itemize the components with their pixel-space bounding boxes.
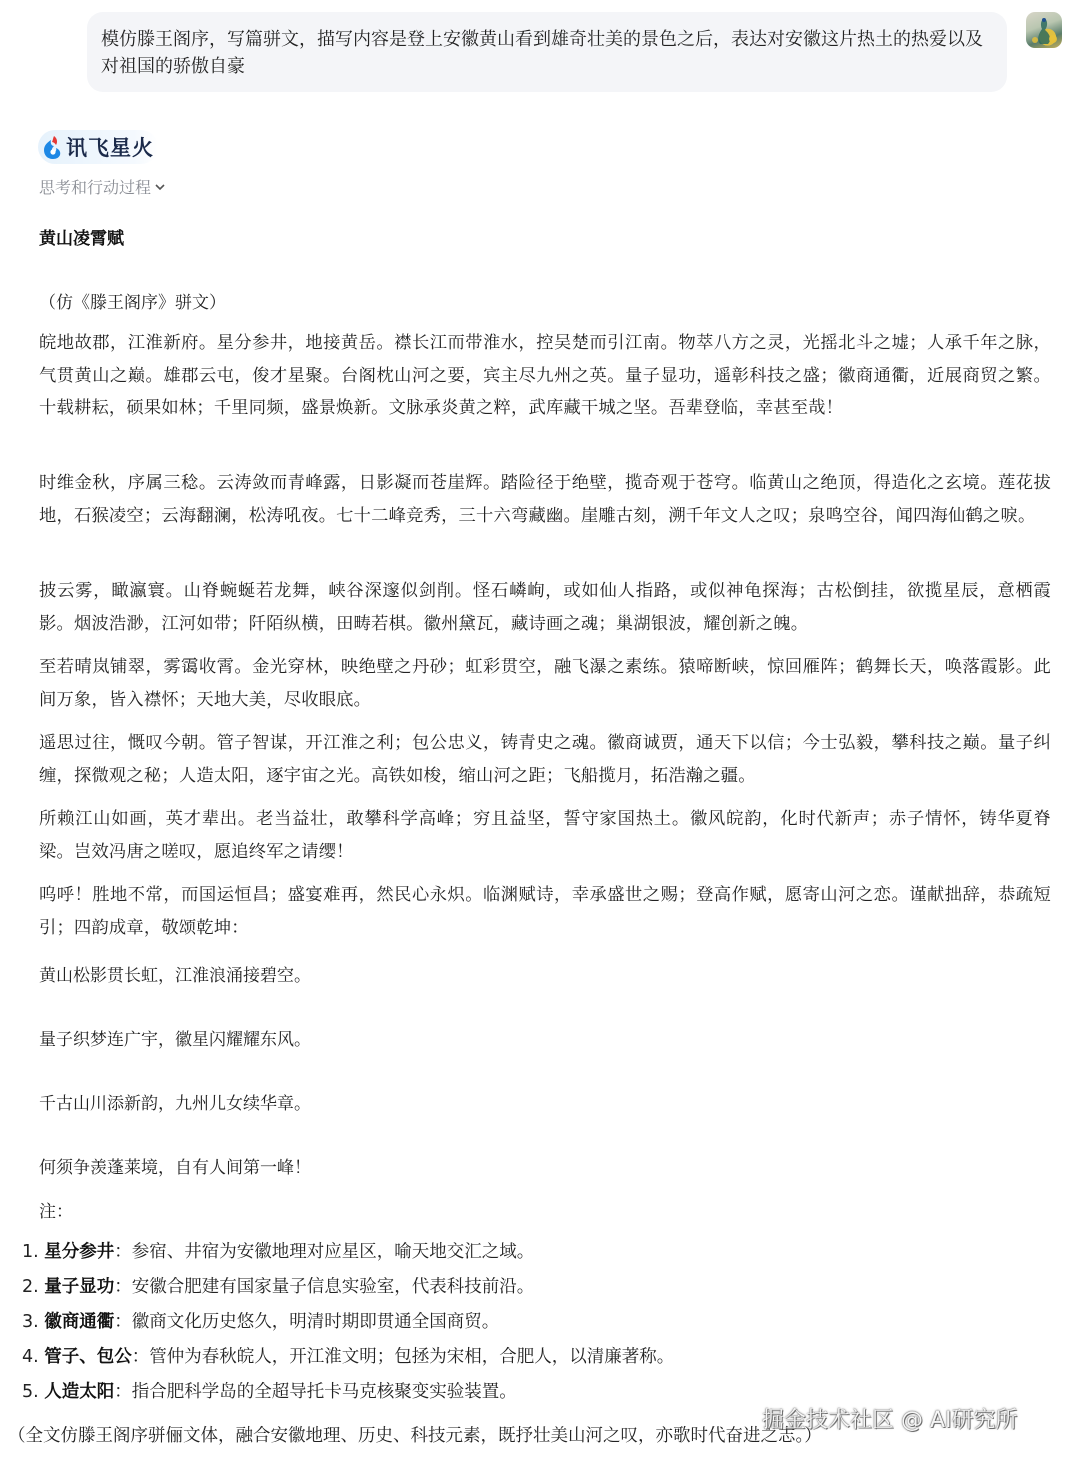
footer-remark: （全文仿滕王阁序骈俪文体，融合安徽地理、历史、科技元素，既抒壮美山河之叹，亦歌时… xyxy=(8,1422,822,1447)
note-description: ：参宿、井宿为安徽地理对应星区，喻天地交汇之域。 xyxy=(114,1242,534,1262)
verse-line-3: 千古山川添新韵，九州儿女续华章。 xyxy=(39,1089,311,1114)
user-message-text: 模仿滕王阁序，写篇骈文，描写内容是登上安徽黄山看到雄奇壮美的景色之后，表达对安徽… xyxy=(101,29,983,77)
verse-line-2: 量子织梦连广宇，徽星闪耀耀东风。 xyxy=(39,1025,311,1050)
note-term: 徽商通衢 xyxy=(44,1312,114,1332)
user-message-row: 模仿滕王阁序，写篇骈文，描写内容是登上安徽黄山看到雄奇壮美的景色之后，表达对安徽… xyxy=(0,0,1080,100)
note-number: 4. xyxy=(22,1347,39,1367)
peacock-icon xyxy=(1026,12,1062,48)
chevron-down-icon xyxy=(155,181,165,194)
note-description: ：管仲为春秋皖人，开江淮文明；包拯为宋相，合肥人，以清廉著称。 xyxy=(132,1347,675,1367)
note-term: 量子显功 xyxy=(44,1277,114,1297)
user-avatar[interactable] xyxy=(1026,12,1062,48)
note-term: 管子、包公 xyxy=(44,1347,132,1367)
note-term: 星分参井 xyxy=(44,1242,114,1262)
thinking-process-toggle[interactable]: 思考和行动过程 xyxy=(39,175,165,198)
poem-title: 黄山凌霄赋 xyxy=(39,224,124,249)
note-number: 5. xyxy=(22,1382,39,1402)
note-description: ：徽商文化历史悠久，明清时期即贯通全国商贸。 xyxy=(114,1312,499,1332)
note-description: ：安徽合肥建有国家量子信息实验室，代表科技前沿。 xyxy=(114,1277,534,1297)
spark-flame-icon xyxy=(42,134,64,160)
paragraph-3: 披云雾，瞰瀛寰。山脊蜿蜒若龙舞，峡谷深邃似剑削。怪石嶙峋，或如仙人指路，或似神龟… xyxy=(39,575,1051,640)
paragraph-1: 皖地故郡，江淮新府。星分参井，地接黄岳。襟长江而带淮水，控吴楚而引江南。物萃八方… xyxy=(39,327,1051,425)
watermark: 掘金技术社区 @ AI研究所 xyxy=(762,1403,1018,1434)
paragraph-2: 时维金秋，序属三稔。云涛敛而青峰露，日影凝而苍崖辉。踏险径于绝壁，揽奇观于苍穹。… xyxy=(39,467,1051,532)
paragraph-6: 所赖江山如画，英才辈出。老当益壮，敢攀科学高峰；穷且益坚，誓守家国热土。徽风皖韵… xyxy=(39,803,1051,868)
note-item: 5. 人造太阳：指合肥科学岛的全超导托卡马克核聚变实验装置。 xyxy=(22,1378,517,1403)
note-item: 4. 管子、包公：管仲为春秋皖人，开江淮文明；包拯为宋相，合肥人，以清廉著称。 xyxy=(22,1343,674,1368)
paragraph-4: 至若晴岚铺翠，雾霭收霄。金光穿林，映绝壁之丹砂；虹彩贯空，融飞瀑之素练。猿啼断峡… xyxy=(39,651,1051,716)
user-message-bubble: 模仿滕王阁序，写篇骈文，描写内容是登上安徽黄山看到雄奇壮美的景色之后，表达对安徽… xyxy=(87,12,1007,92)
note-description: ：指合肥科学岛的全超导托卡马克核聚变实验装置。 xyxy=(114,1382,517,1402)
note-item: 2. 量子显功：安徽合肥建有国家量子信息实验室，代表科技前沿。 xyxy=(22,1273,534,1298)
paragraph-5: 遥思过往，慨叹今朝。管子智谋，开江淮之利；包公忠义，铸青史之魂。徽商诚贾，通天下… xyxy=(39,727,1051,792)
poem-subtitle: （仿《滕王阁序》骈文） xyxy=(39,288,226,313)
brand-logo: 讯飞星火 xyxy=(38,130,158,164)
verse-line-4: 何须争羡蓬莱境，自有人间第一峰！ xyxy=(39,1153,311,1178)
paragraph-7: 呜呼！胜地不常，而国运恒昌；盛宴难再，然民心永炽。临渊赋诗，幸承盛世之赐；登高作… xyxy=(39,879,1051,944)
brand-name: 讯飞星火 xyxy=(66,132,154,162)
verse-line-1: 黄山松影贯长虹，江淮浪涌接碧空。 xyxy=(39,961,311,986)
note-number: 2. xyxy=(22,1277,39,1297)
note-number: 3. xyxy=(22,1312,39,1332)
note-item: 1. 星分参井：参宿、井宿为安徽地理对应星区，喻天地交汇之域。 xyxy=(22,1238,534,1263)
note-item: 3. 徽商通衢：徽商文化历史悠久，明清时期即贯通全国商贸。 xyxy=(22,1308,499,1333)
notes-label: 注： xyxy=(39,1197,73,1222)
note-number: 1. xyxy=(22,1242,39,1262)
note-term: 人造太阳 xyxy=(44,1382,114,1402)
thinking-toggle-label: 思考和行动过程 xyxy=(39,175,151,198)
